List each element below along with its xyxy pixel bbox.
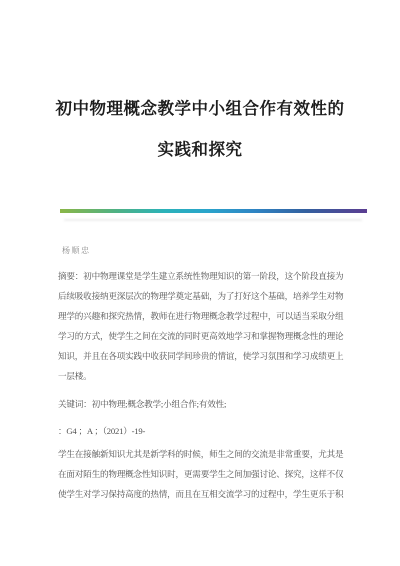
body-paragraph: 学生在接触新知识尤其是新学科的时候，师生之间的交流是非常重要，尤其是 在面对陌生… <box>58 444 348 504</box>
document-page: 初中物理概念教学中小组合作有效性的 实践和探究 杨顺忠 摘要：初中物理课堂是学生… <box>0 0 400 566</box>
abstract-line: 摘要：初中物理课堂是学生建立系统性物理知识的第一阶段，这个阶段直接为 <box>58 266 348 286</box>
article-codes-line: ：G4 ；A ；（2021）-19- <box>58 421 348 441</box>
body-line: 在面对陌生的物理概念性知识时，更需要学生之间加强讨论、探究，这样不仅 <box>58 464 348 484</box>
abstract-line: 后续吸收接纳更深层次的物理学奠定基础，为了打好这个基础，培养学生对物 <box>58 286 348 306</box>
abstract-line: 学习的方式，使学生之间在交流的同时更高效地学习和掌握物理概念性的理论 <box>58 326 348 346</box>
divider-shadow <box>64 219 362 221</box>
body-line: 使学生对学习保持高度的热情，而且在互相交流学习的过程中，学生更乐于积 <box>58 484 348 504</box>
page-title: 初中物理概念教学中小组合作有效性的 实践和探究 <box>0 88 400 170</box>
page-title-line-1: 初中物理概念教学中小组合作有效性的 <box>0 88 400 129</box>
abstract-line: 一层楼。 <box>58 366 348 386</box>
abstract-line: 理学的兴趣和探究热情，教师在进行物理概念教学过程中，可以适当采取分组 <box>58 306 348 326</box>
keywords-line: 关键词：初中物理;概念教学;小组合作;有效性; <box>58 394 348 414</box>
article-codes-section: ：G4 ；A ；（2021）-19- <box>58 421 348 441</box>
page-title-line-2: 实践和探究 <box>0 129 400 170</box>
keywords-section: 关键词：初中物理;概念教学;小组合作;有效性; <box>58 394 348 414</box>
author-name: 杨顺忠 <box>62 245 91 256</box>
abstract-line: 知识，并且在各项实践中收获同学间珍贵的情谊，使学习氛围和学习成绩更上 <box>58 346 348 366</box>
abstract-paragraph: 摘要：初中物理课堂是学生建立系统性物理知识的第一阶段，这个阶段直接为 后续吸收接… <box>58 266 348 386</box>
body-line: 学生在接触新知识尤其是新学科的时候，师生之间的交流是非常重要，尤其是 <box>58 444 348 464</box>
gradient-divider <box>60 209 367 213</box>
